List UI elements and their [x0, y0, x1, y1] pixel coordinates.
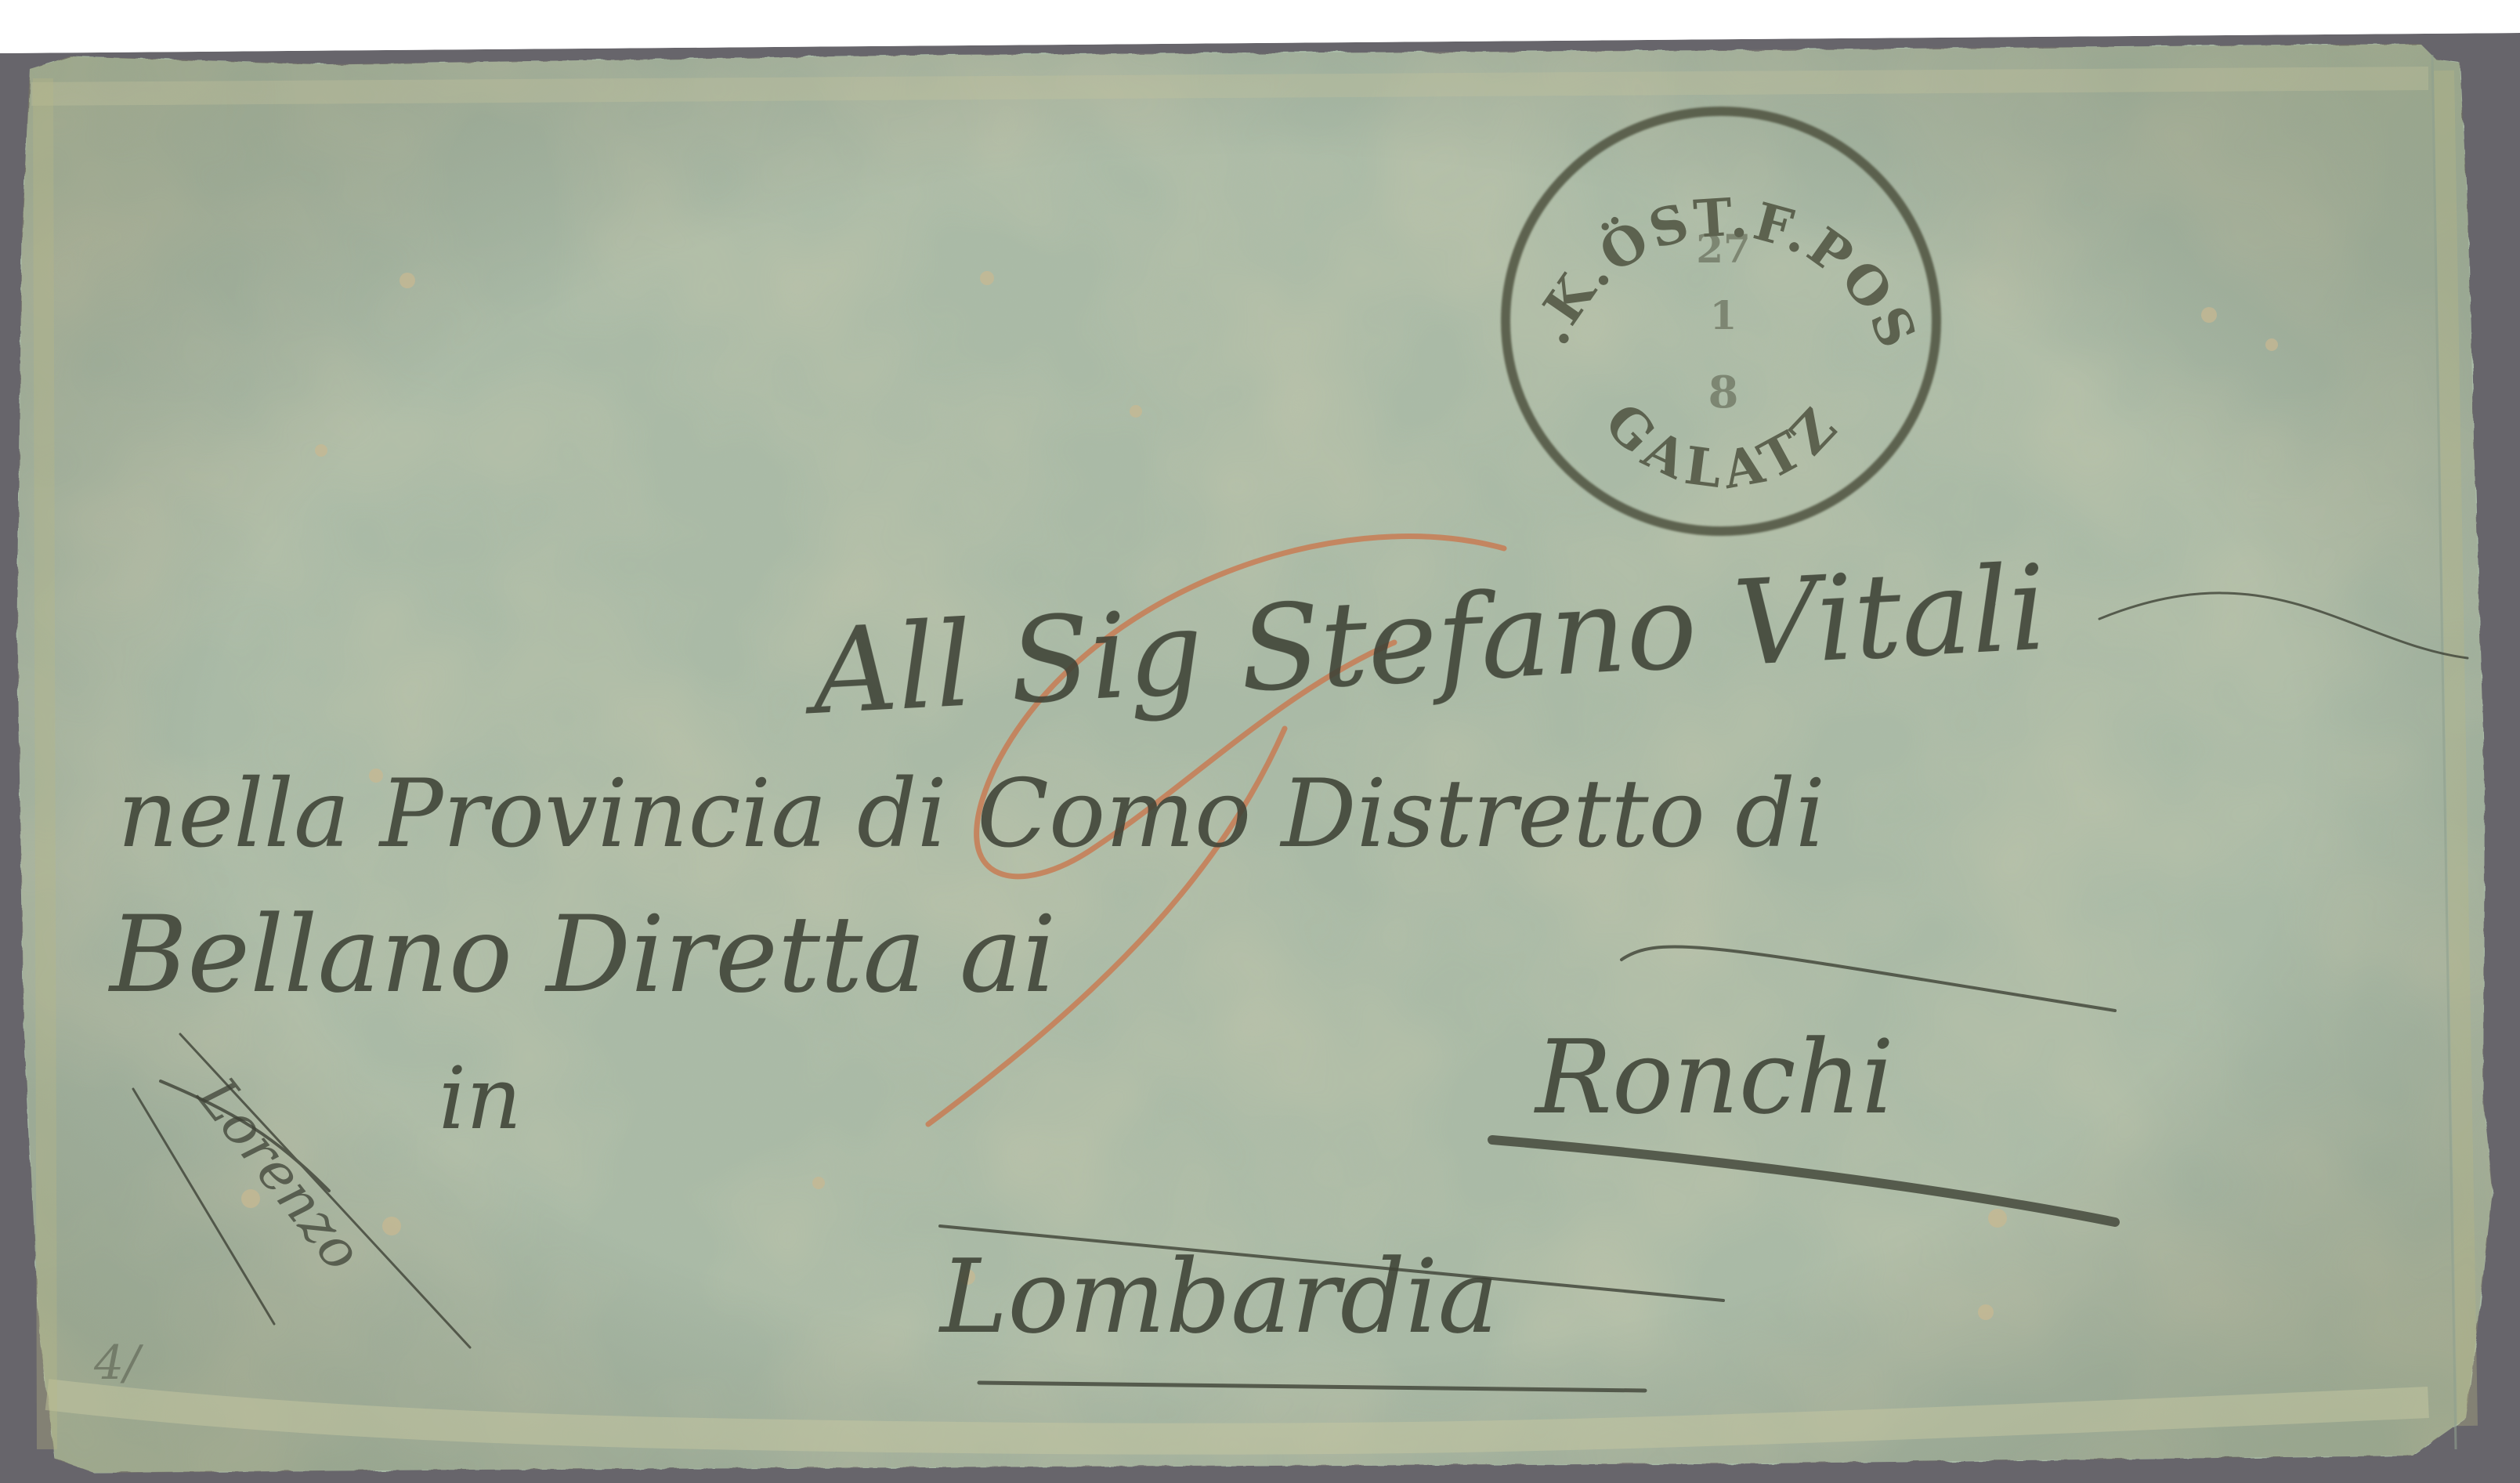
postmark-date-day: 27 [1696, 226, 1751, 272]
envelope-photo: K.K.ÖST.F.POST GALATZ 27 1 8 9 All Sig S… [0, 0, 2520, 1483]
address-line-5: in [439, 1048, 522, 1148]
postmark-date-month: 1 [1710, 292, 1737, 338]
address-line-3: Bellano Diretta ai [107, 893, 1056, 1016]
address-line-6: Lombardia [938, 1237, 1499, 1356]
address-line-2: nella Provincia di Como Distretto di [118, 760, 1825, 869]
address-line-4: Ronchi [1534, 1018, 1894, 1137]
corner-pencil-note: 4/ [93, 1336, 144, 1391]
postmark-date-year: 8 [1708, 367, 1739, 418]
